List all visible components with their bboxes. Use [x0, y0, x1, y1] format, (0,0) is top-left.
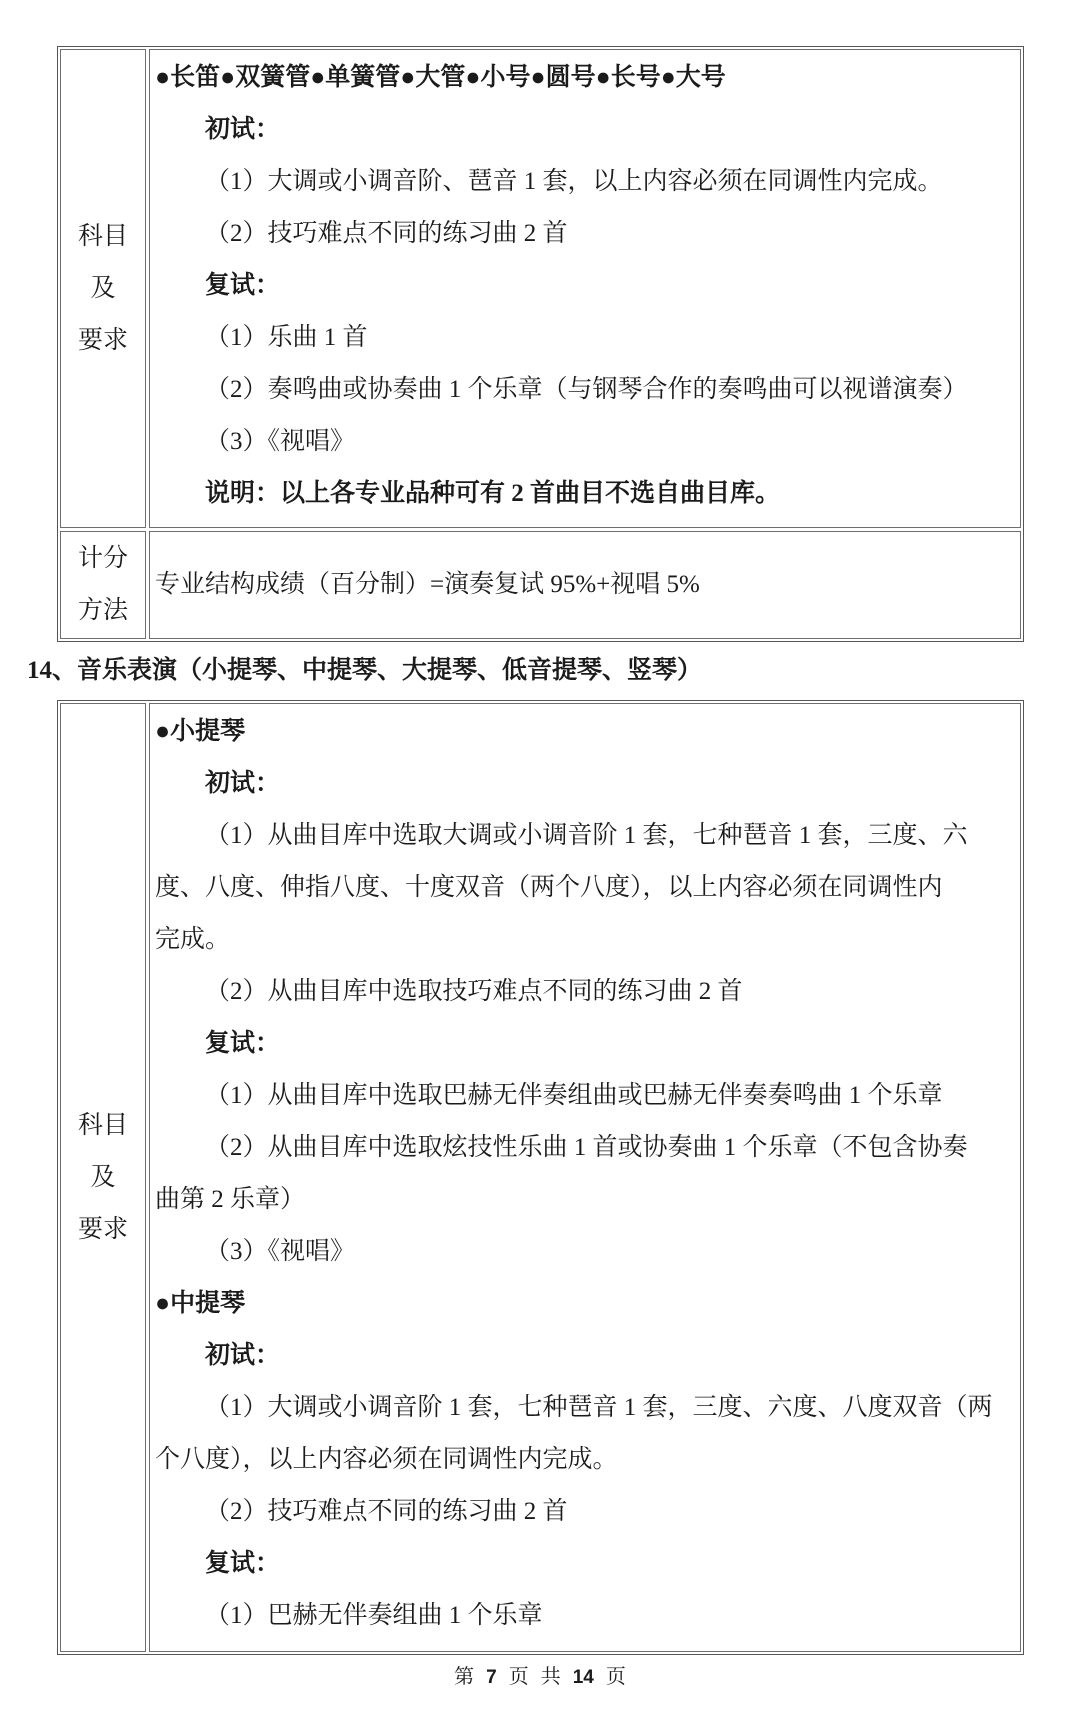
page-number: 7 [486, 1667, 497, 1688]
label-line: 科目 [78, 211, 128, 263]
label-line: 要求 [78, 1204, 128, 1256]
requirement-item: （2）奏鸣曲或协奏曲 1 个乐章（与钢琴合作的奏鸣曲可以视谱演奏） [155, 364, 1015, 416]
label-line: 要求 [78, 315, 128, 367]
requirements-content-cell: ●长笛●双簧管●单簧管●大管●小号●圆号●长号●大号 初试： （1）大调或小调音… [149, 49, 1021, 528]
table-row: 科目 及 要求 ●长笛●双簧管●单簧管●大管●小号●圆号●长号●大号 初试： （… [60, 49, 1021, 528]
note-line: 说明：以上各专业品种可有 2 首曲目不选自曲目库。 [155, 468, 1015, 520]
requirement-item: （1）巴赫无伴奏组曲 1 个乐章 [155, 1590, 1015, 1642]
label-line: 计分 [78, 533, 128, 585]
table-row: 科目 及 要求 ●小提琴 初试： （1）从曲目库中选取大调或小调音阶 1 套，七… [60, 703, 1021, 1652]
stage-heading: 复试： [155, 1018, 1015, 1070]
requirement-item: （2）技巧难点不同的练习曲 2 首 [155, 1486, 1015, 1538]
subject-requirements-label-cell: 科目 及 要求 [60, 703, 146, 1652]
subject-requirements-label-cell: 科目 及 要求 [60, 49, 146, 528]
page-footer: 第7页共14页 [0, 1663, 1080, 1692]
stage-heading: 初试： [155, 104, 1015, 156]
stage-heading: 复试： [155, 260, 1015, 312]
section-heading: 14、音乐表演（小提琴、中提琴、大提琴、低音提琴、竖琴） [27, 656, 702, 686]
footer-text: 共 [541, 1666, 561, 1688]
requirement-item: （2）从曲目库中选取炫技性乐曲 1 首或协奏曲 1 个乐章（不包含协奏 曲第 2… [155, 1122, 1015, 1226]
winds-requirements-table: 科目 及 要求 ●长笛●双簧管●单簧管●大管●小号●圆号●长号●大号 初试： （… [57, 46, 1024, 642]
stage-heading: 初试： [155, 1330, 1015, 1382]
requirement-item: （1）从曲目库中选取大调或小调音阶 1 套，七种琶音 1 套，三度、六 度、八度… [155, 810, 1015, 966]
label-line: 及 [90, 263, 115, 315]
scoring-method-label-cell: 计分 方法 [60, 531, 146, 639]
requirements-content-cell: ●小提琴 初试： （1）从曲目库中选取大调或小调音阶 1 套，七种琶音 1 套，… [149, 703, 1021, 1652]
label-line: 及 [90, 1152, 115, 1204]
table-row: 计分 方法 专业结构成绩（百分制）=演奏复试 95%+视唱 5% [60, 531, 1021, 639]
requirement-item: （1）从曲目库中选取巴赫无伴奏组曲或巴赫无伴奏奏鸣曲 1 个乐章 [155, 1070, 1015, 1122]
total-pages: 14 [573, 1667, 594, 1688]
instrument-heading: ●小提琴 [155, 706, 1015, 758]
footer-text: 页 [606, 1666, 626, 1688]
label-line: 方法 [78, 585, 128, 637]
stage-heading: 初试： [155, 758, 1015, 810]
requirement-item: （1）大调或小调音阶、琶音 1 套，以上内容必须在同调性内完成。 [155, 156, 1015, 208]
requirement-item: （2）技巧难点不同的练习曲 2 首 [155, 208, 1015, 260]
requirement-item: （3）《视唱》 [155, 416, 1015, 468]
scoring-formula: 专业结构成绩（百分制）=演奏复试 95%+视唱 5% [155, 559, 1015, 611]
instrument-list: ●长笛●双簧管●单簧管●大管●小号●圆号●长号●大号 [155, 52, 1015, 104]
footer-text: 页 [509, 1666, 529, 1688]
stage-heading: 复试： [155, 1538, 1015, 1590]
strings-requirements-table: 科目 及 要求 ●小提琴 初试： （1）从曲目库中选取大调或小调音阶 1 套，七… [57, 700, 1024, 1655]
requirement-item: （3）《视唱》 [155, 1226, 1015, 1278]
instrument-heading: ●中提琴 [155, 1278, 1015, 1330]
requirement-item: （1）乐曲 1 首 [155, 312, 1015, 364]
label-line: 科目 [78, 1100, 128, 1152]
footer-text: 第 [454, 1666, 474, 1688]
requirement-item: （1）大调或小调音阶 1 套，七种琶音 1 套，三度、六度、八度双音（两 个八度… [155, 1382, 1015, 1486]
scoring-content-cell: 专业结构成绩（百分制）=演奏复试 95%+视唱 5% [149, 531, 1021, 639]
requirement-item: （2）从曲目库中选取技巧难点不同的练习曲 2 首 [155, 966, 1015, 1018]
document-page: 科目 及 要求 ●长笛●双簧管●单簧管●大管●小号●圆号●长号●大号 初试： （… [0, 0, 1080, 1712]
